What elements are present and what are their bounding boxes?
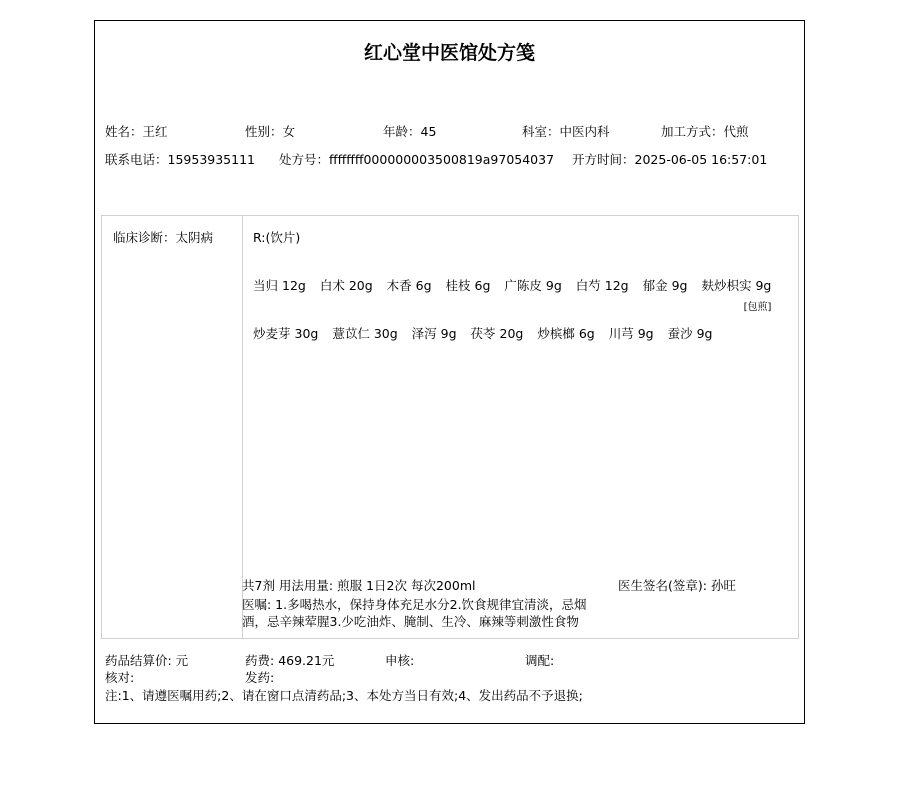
herb-name: 当归: [253, 278, 278, 293]
herb-dose: 30g: [374, 326, 398, 341]
herb-dose: 6g: [416, 278, 432, 293]
herb-name: 木香: [387, 278, 412, 293]
process-method: 加工方式：代煎: [661, 122, 749, 140]
herb-dose: 20g: [349, 278, 373, 293]
process-label: 加工方式：: [661, 124, 724, 139]
herb-item: 薏苡仁 30g: [332, 324, 397, 342]
herb-name: 泽泻: [412, 326, 437, 341]
herb-dose: 6g: [475, 278, 491, 293]
check-field: 核对:: [105, 668, 134, 686]
herb-item: 麸炒枳实 9g[包煎]: [701, 276, 771, 294]
herb-item: 白术 20g: [320, 276, 373, 294]
herb-name: 桂枝: [446, 278, 471, 293]
herb-name: 白芍: [576, 278, 601, 293]
gender-label: 性别：: [245, 124, 283, 139]
patient-age: 年龄：45: [383, 122, 436, 140]
issue-field: 发药:: [245, 668, 274, 686]
name-value: 王红: [143, 124, 168, 139]
drug-fee: 药费: 469.21元: [245, 651, 334, 669]
herb-dose: 9g: [441, 326, 457, 341]
patient-gender: 性别：女: [245, 122, 295, 140]
herb-item: 泽泻 9g: [412, 324, 457, 342]
herb-dose: 30g: [295, 326, 319, 341]
herb-note: [包煎]: [744, 298, 772, 313]
diagnosis-value: 太阴病: [176, 230, 214, 245]
prescription-box: 临床诊断：太阴病 R:(饮片) 当归 12g 白术 20g 木香 6g 桂枝 6…: [101, 215, 799, 639]
rx-number-value: ffffffff000000003500819a97054037: [329, 152, 554, 167]
herb-name: 郁金: [643, 278, 668, 293]
doctor-name: 孙旺: [711, 578, 736, 593]
prescription-sheet: 红心堂中医馆处方笺 姓名：王红 性别：女 年龄：45 科室：中医内科 加工方式：…: [94, 20, 805, 724]
herb-item: 郁金 9g: [643, 276, 688, 294]
herb-item: 木香 6g: [387, 276, 432, 294]
column-divider: [242, 216, 243, 638]
fee-value: 469.21元: [278, 653, 334, 668]
footer-note: 注:1、请遵医嘱用药;2、请在窗口点清药品;3、本处方当日有效;4、发出药品不予…: [105, 686, 583, 704]
age-value: 45: [421, 124, 437, 139]
patient-name: 姓名：王红: [105, 122, 168, 140]
herb-dose: 12g: [605, 278, 629, 293]
phone-label: 联系电话：: [105, 152, 168, 167]
herb-name: 炒槟榔: [537, 326, 575, 341]
herb-name: 白术: [320, 278, 345, 293]
herb-item: 炒麦芽 30g: [253, 324, 318, 342]
herb-name: 炒麦芽: [253, 326, 291, 341]
rx-time: 开方时间：2025-06-05 16:57:01: [572, 150, 767, 168]
doctor-signature: 医生签名(签章): 孙旺: [618, 576, 736, 594]
herb-item: 桂枝 6g: [446, 276, 491, 294]
age-label: 年龄：: [383, 124, 421, 139]
rx-time-label: 开方时间：: [572, 152, 635, 167]
usage-dosage: 共7剂 用法用量: 煎服 1日2次 每次200ml: [242, 576, 475, 594]
herb-name: 广陈皮: [504, 278, 542, 293]
herb-item: 炒槟榔 6g: [537, 324, 594, 342]
herb-row-1: 当归 12g 白术 20g 木香 6g 桂枝 6g 广陈皮 9g 白芍 12g …: [253, 276, 781, 294]
herb-item: 广陈皮 9g: [504, 276, 561, 294]
herb-item: 川芎 9g: [609, 324, 654, 342]
herb-item: 茯苓 20g: [471, 324, 524, 342]
review-field: 申核:: [385, 651, 414, 669]
herb-row-2: 炒麦芽 30g 薏苡仁 30g 泽泻 9g 茯苓 20g 炒槟榔 6g 川芎 9…: [253, 324, 723, 342]
diagnosis-label: 临床诊断：: [113, 230, 176, 245]
herb-dose: 9g: [638, 326, 654, 341]
advice-line-2: 酒，忌辛辣荤腥3.少吃油炸、腌制、生冷、麻辣等刺激性食物: [242, 612, 579, 630]
gender-value: 女: [283, 124, 296, 139]
rx-header: R:(饮片): [253, 228, 300, 246]
herb-item: 白芍 12g: [576, 276, 629, 294]
process-value: 代煎: [724, 124, 749, 139]
herb-item: 当归 12g: [253, 276, 306, 294]
name-label: 姓名：: [105, 124, 143, 139]
herb-dose: 6g: [579, 326, 595, 341]
rx-time-value: 2025-06-05 16:57:01: [635, 152, 768, 167]
dispense-prep-field: 调配:: [525, 651, 554, 669]
rx-number: 处方号：ffffffff000000003500819a97054037: [279, 150, 554, 168]
herb-name: 川芎: [609, 326, 634, 341]
herb-dose: 20g: [500, 326, 524, 341]
herb-item: 蚕沙 9g: [668, 324, 713, 342]
herb-name: 蚕沙: [668, 326, 693, 341]
patient-phone: 联系电话：15953935111: [105, 150, 255, 168]
dept-label: 科室：: [522, 124, 560, 139]
herb-dose: 9g: [672, 278, 688, 293]
patient-dept: 科室：中医内科: [522, 122, 610, 140]
dept-value: 中医内科: [560, 124, 610, 139]
rx-number-label: 处方号：: [279, 152, 329, 167]
settle-price: 药品结算价: 元: [105, 651, 188, 669]
herb-dose: 9g: [546, 278, 562, 293]
fee-label: 药费:: [245, 653, 278, 668]
herb-name: 麸炒枳实: [701, 278, 751, 293]
herb-dose: 12g: [282, 278, 306, 293]
herb-name: 薏苡仁: [332, 326, 370, 341]
advice-line-1: 医嘱: 1.多喝热水，保持身体充足水分2.饮食规律宜清淡，忌烟: [242, 595, 587, 613]
phone-value: 15953935111: [168, 152, 255, 167]
herb-dose: 9g: [697, 326, 713, 341]
herb-name: 茯苓: [471, 326, 496, 341]
doctor-label: 医生签名(签章):: [618, 578, 711, 593]
herb-dose: 9g: [755, 278, 771, 293]
page-title: 红心堂中医馆处方笺: [95, 38, 804, 65]
diagnosis: 临床诊断：太阴病: [113, 228, 213, 246]
